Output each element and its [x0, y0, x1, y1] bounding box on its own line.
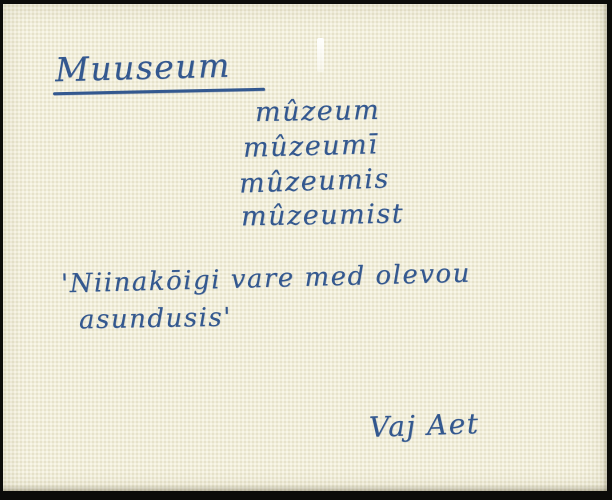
word-form-line: mûzeumī — [243, 129, 379, 164]
paper-crease-mark — [317, 38, 324, 72]
card-bottom-edge — [3, 485, 607, 491]
heading-underline — [53, 88, 265, 95]
word-form-line: mûzeumist — [241, 199, 405, 233]
word-form-line: mûzeumis — [239, 163, 391, 199]
signature: Vaj Aet — [368, 407, 480, 444]
index-card: Muuseum mûzeum mûzeumī mûzeumis mûzeumis… — [3, 4, 607, 491]
card-heading: Muuseum — [55, 46, 232, 90]
card-right-edge — [602, 4, 607, 491]
quote-line: 'Niinakōigi vare med olevou — [61, 259, 472, 300]
word-form-line: mûzeum — [255, 95, 381, 128]
quote-line: asundusis' — [79, 303, 232, 336]
